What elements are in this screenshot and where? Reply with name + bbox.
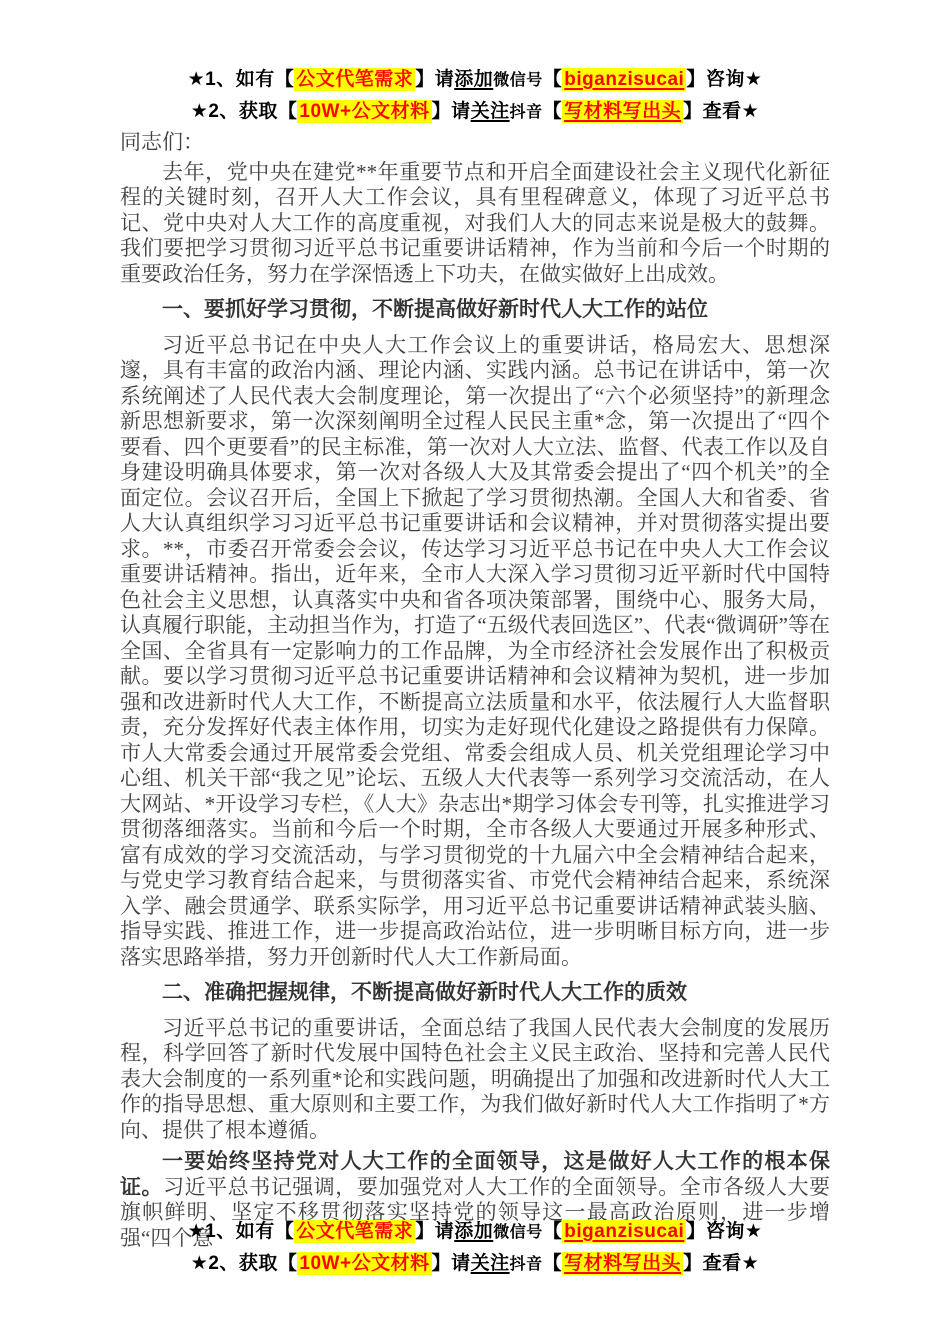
promo-line1-underlined-action: 添加 bbox=[454, 69, 493, 90]
promo-line1-open-bracket: 【 bbox=[543, 69, 563, 90]
document-page: ★1、如有【公文代笔需求】请添加微信号【biganzisucai】咨询★ ★2、… bbox=[0, 0, 950, 1344]
promo-footer: ★1、如有【公文代笔需求】请添加微信号【biganzisucai】咨询★ ★2、… bbox=[0, 1216, 950, 1280]
section-heading-1: 一、要抓好学习贯彻，不断提高做好新时代人大工作的站位 bbox=[120, 297, 830, 323]
promo-line2-highlight-service: 10W+公文材料 bbox=[297, 100, 431, 123]
promo-header-line2: ★2、获取【10W+公文材料】请关注抖音【写材料写出头】查看★ bbox=[0, 96, 950, 128]
document-body: 同志们： 去年，党中央在建党**年重要节点和开启全面建设社会主义现代化新征程的关… bbox=[120, 130, 830, 1257]
promo-line2-after-highlight: 】请 bbox=[432, 101, 471, 122]
promo-footer-line1-channel-label: 微信号 bbox=[493, 1224, 543, 1241]
promo-line1-highlight-account: biganzisucai bbox=[562, 68, 686, 91]
promo-footer-line2-highlight-account: 写材料写出头 bbox=[562, 1252, 683, 1275]
promo-footer-line1-open-bracket: 【 bbox=[543, 1221, 563, 1242]
paragraph-intro: 去年，党中央在建党**年重要节点和开启全面建设社会主义现代化新征程的关键时刻，召… bbox=[120, 160, 830, 288]
promo-footer-line1: ★1、如有【公文代笔需求】请添加微信号【biganzisucai】咨询★ bbox=[0, 1216, 950, 1248]
promo-footer-line2-open-bracket: 【 bbox=[543, 1253, 563, 1274]
promo-header-line1: ★1、如有【公文代笔需求】请添加微信号【biganzisucai】咨询★ bbox=[0, 64, 950, 96]
promo-line2-highlight-account: 写材料写出头 bbox=[562, 100, 683, 123]
promo-line1-after-highlight: 】请 bbox=[415, 69, 454, 90]
promo-footer-line2: ★2、获取【10W+公文材料】请关注抖音【写材料写出头】查看★ bbox=[0, 1248, 950, 1280]
promo-footer-line1-highlight-service: 公文代笔需求 bbox=[294, 1220, 415, 1243]
promo-line2-prefix: ★2、获取【 bbox=[191, 101, 298, 122]
promo-footer-line1-tail: 】咨询★ bbox=[686, 1221, 762, 1242]
promo-footer-line1-underlined-action: 添加 bbox=[454, 1221, 493, 1242]
promo-footer-line1-prefix: ★1、如有【 bbox=[188, 1221, 295, 1242]
promo-footer-line1-after-highlight: 】请 bbox=[415, 1221, 454, 1242]
promo-line2-underlined-action: 关注 bbox=[471, 101, 510, 122]
promo-footer-line2-underlined-action: 关注 bbox=[471, 1253, 510, 1274]
promo-line2-channel-label: 抖音 bbox=[510, 104, 543, 121]
paragraph-section2: 习近平总书记的重要讲话，全面总结了我国人民代表大会制度的发展历程，科学回答了新时… bbox=[120, 1016, 830, 1144]
promo-footer-line2-channel-label: 抖音 bbox=[510, 1256, 543, 1273]
paragraph-section1: 习近平总书记在中央人大工作会议上的重要讲话，格局宏大、思想深邃，具有丰富的政治内… bbox=[120, 333, 830, 971]
promo-line1-channel-label: 微信号 bbox=[493, 72, 543, 89]
promo-header: ★1、如有【公文代笔需求】请添加微信号【biganzisucai】咨询★ ★2、… bbox=[0, 64, 950, 128]
promo-line2-open-bracket: 【 bbox=[543, 101, 563, 122]
promo-line1-highlight-service: 公文代笔需求 bbox=[294, 68, 415, 91]
salutation: 同志们： bbox=[120, 130, 830, 156]
section-heading-2: 二、准确把握规律，不断提高做好新时代人大工作的质效 bbox=[120, 980, 830, 1006]
promo-line1-tail: 】咨询★ bbox=[686, 69, 762, 90]
promo-footer-line2-after-highlight: 】请 bbox=[432, 1253, 471, 1274]
promo-footer-line2-prefix: ★2、获取【 bbox=[191, 1253, 298, 1274]
promo-line2-tail: 】查看★ bbox=[683, 101, 759, 122]
promo-footer-line2-highlight-service: 10W+公文材料 bbox=[297, 1252, 431, 1275]
promo-footer-line2-tail: 】查看★ bbox=[683, 1253, 759, 1274]
promo-footer-line1-highlight-account: biganzisucai bbox=[562, 1220, 686, 1243]
promo-line1-prefix: ★1、如有【 bbox=[188, 69, 295, 90]
